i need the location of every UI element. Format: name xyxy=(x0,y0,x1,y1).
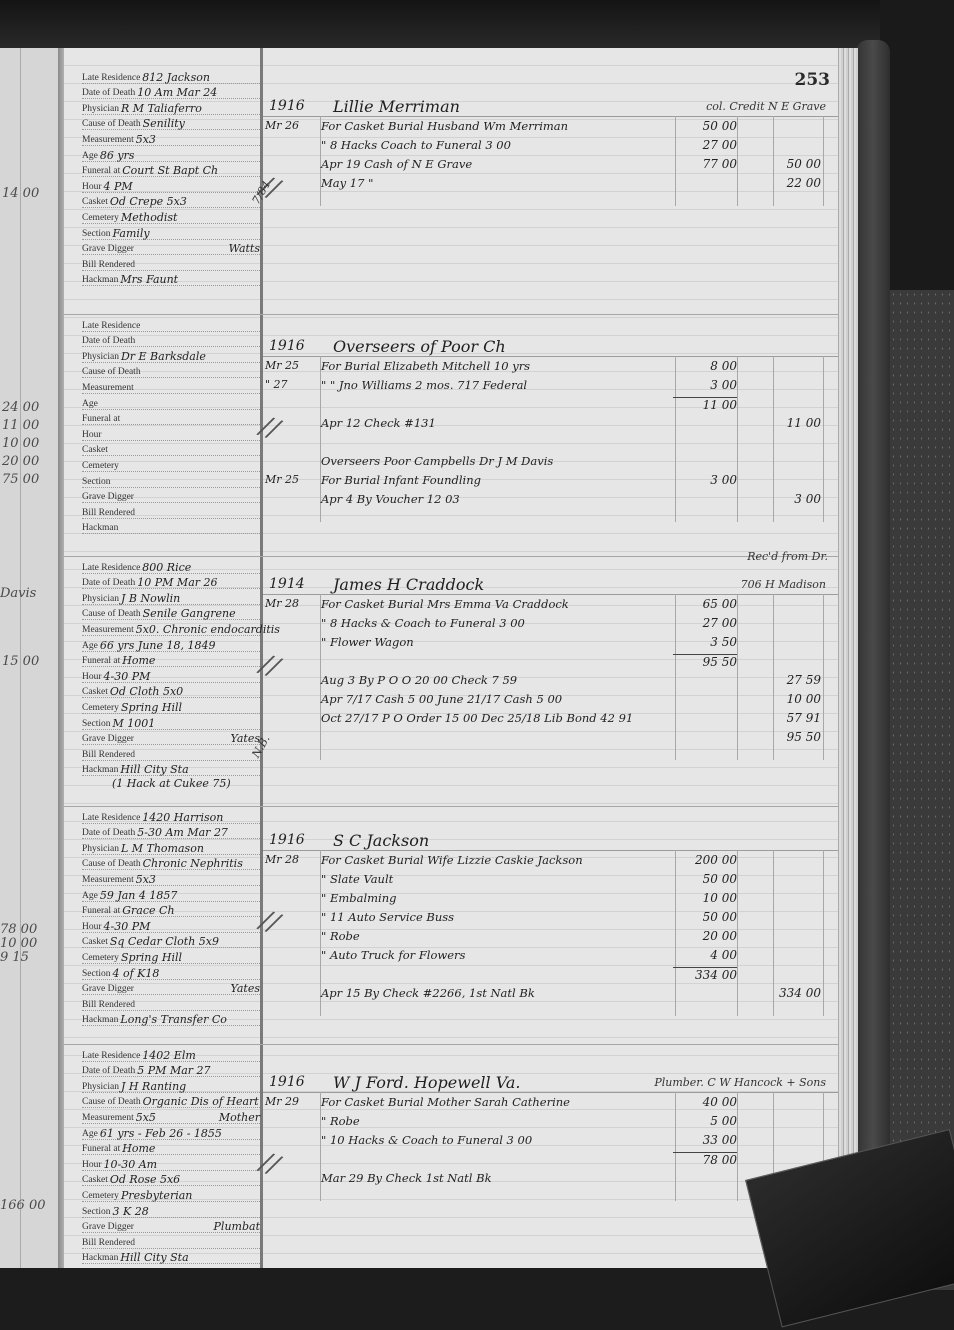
info-value: Senile Gangrene xyxy=(143,607,236,620)
info-label: Hackman xyxy=(82,275,118,285)
info-value: 86 yrs xyxy=(100,149,135,162)
info-value: 3 K 28 xyxy=(113,1205,149,1218)
line-credit: 95 50 xyxy=(741,730,821,744)
info-label: Cause of Death xyxy=(82,609,141,619)
decedent-info-block: Late Residence1420 HarrisonDate of Death… xyxy=(82,808,260,1026)
info-row-bill-rendered: Bill Rendered xyxy=(82,995,260,1011)
info-label: Casket xyxy=(82,687,108,697)
info-value: 4-30 PM xyxy=(104,920,151,933)
ledger-line: " 8 Hacks Coach to Funeral 3 0027 00 xyxy=(263,136,838,155)
header-note-secondary: Rec'd from Dr. xyxy=(747,550,828,563)
info-value: Presbyterian xyxy=(121,1189,192,1202)
info-label: Late Residence xyxy=(82,813,140,823)
line-desc: Mar 29 By Check 1st Natl Bk xyxy=(321,1171,492,1185)
line-credit: 22 00 xyxy=(741,176,821,190)
ledger-line: Oct 27/17 P O Order 15 00 Dec 25/18 Lib … xyxy=(263,709,838,728)
info-value: 10-30 Am xyxy=(104,1158,158,1171)
ledger-line: " 10 Hacks & Coach to Funeral 3 0033 00 xyxy=(263,1131,838,1150)
line-debit: 95 50 xyxy=(673,654,737,669)
info-label: Cause of Death xyxy=(82,367,141,377)
info-row-late-residence: Late Residence1420 Harrison xyxy=(82,808,260,824)
info-value: 4-30 PM xyxy=(104,670,151,683)
line-date: Mr 28 xyxy=(265,853,319,866)
info-row-bill-rendered: Bill Rendered xyxy=(82,1233,260,1249)
line-desc: Apr 7/17 Cash 5 00 June 21/17 Cash 5 00 xyxy=(321,692,562,706)
decedent-info-block: Late ResidenceDate of DeathPhysicianDr E… xyxy=(82,316,260,534)
ledger-line: 95 50 xyxy=(263,728,838,747)
info-value: Hill City Sta xyxy=(120,763,188,776)
info-label: Section xyxy=(82,1207,111,1217)
line-debit: 3 50 xyxy=(673,635,737,649)
info-row-hackman: HackmanHill City Sta xyxy=(82,1249,260,1265)
info-row-section: Section xyxy=(82,472,260,488)
ledger-entry: 1916Overseers of Poor ChMr 25For Burial … xyxy=(263,330,838,509)
account-name: Overseers of Poor Ch xyxy=(333,337,506,356)
info-value: Long's Transfer Co xyxy=(120,1013,226,1026)
line-debit: 3 00 xyxy=(673,378,737,392)
line-desc: For Casket Burial Mrs Emma Va Craddock xyxy=(321,597,569,611)
info-row-hour: Hour4-30 PM xyxy=(82,667,260,683)
info-row-funeral-at: Funeral atCourt St Bapt Ch xyxy=(82,162,260,178)
info-value: 1402 Elm xyxy=(142,1049,195,1062)
info-row-hour: Hour10-30 Am xyxy=(82,1155,260,1171)
margin-amount: Davis xyxy=(0,586,36,601)
info-label: Hackman xyxy=(82,1015,118,1025)
info-row-age: Age86 yrs xyxy=(82,146,260,162)
ledger-line: Overseers Poor Campbells Dr J M Davis xyxy=(263,452,838,471)
line-debit: 65 00 xyxy=(673,597,737,611)
info-label: Funeral at xyxy=(82,166,120,176)
info-row-date-of-death: Date of Death5-30 Am Mar 27 xyxy=(82,824,260,840)
info-value: Chronic Nephritis xyxy=(143,857,243,870)
info-value: 59 Jan 4 1857 xyxy=(100,889,178,902)
line-desc: Oct 27/17 P O Order 15 00 Dec 25/18 Lib … xyxy=(321,711,633,725)
info-row-physician: PhysicianR M Taliaferro xyxy=(82,99,260,115)
line-debit: 50 00 xyxy=(673,119,737,133)
info-label: Bill Rendered xyxy=(82,508,135,518)
info-label: Funeral at xyxy=(82,1144,120,1154)
info-row-date-of-death: Date of Death xyxy=(82,332,260,348)
ledger-line: " Robe20 00 xyxy=(263,927,838,946)
decedent-info-block: Late Residence800 RiceDate of Death10 PM… xyxy=(82,558,260,789)
decedent-info-block: Late Residence812 JacksonDate of Death10… xyxy=(82,68,260,286)
line-desc: Apr 15 By Check #2266, 1st Natl Bk xyxy=(321,986,535,1000)
info-label: Late Residence xyxy=(82,73,140,83)
line-desc: " 8 Hacks Coach to Funeral 3 00 xyxy=(321,138,511,152)
info-value: Home xyxy=(122,654,155,667)
info-value: Organic Dis of Heart xyxy=(143,1095,259,1108)
info-row-cemetery: CemeteryPresbyterian xyxy=(82,1186,260,1202)
info-label: Hour xyxy=(82,672,102,682)
info-label: Hackman xyxy=(82,523,118,533)
info-label: Age xyxy=(82,1129,98,1139)
line-debit: 27 00 xyxy=(673,616,737,630)
line-desc: " 11 Auto Service Buss xyxy=(321,910,454,924)
info-value: Od Rose 5x6 xyxy=(110,1173,180,1186)
info-value: Court St Bapt Ch xyxy=(122,164,218,177)
line-desc: " Flower Wagon xyxy=(321,635,414,649)
info-row-physician: PhysicianJ H Ranting xyxy=(82,1077,260,1093)
ledger-line: Aug 3 By P O O 20 00 Check 7 5927 59 xyxy=(263,671,838,690)
info-value: 5x3 xyxy=(136,133,156,146)
info-row-hour: Hour4 PM xyxy=(82,177,260,193)
info-row-funeral-at: Funeral atHome xyxy=(82,652,260,668)
info-label: Date of Death xyxy=(82,828,135,838)
info-value: Mrs Faunt xyxy=(120,273,178,286)
line-date: Mr 25 xyxy=(265,473,319,486)
info-value: 5x5 xyxy=(136,1111,156,1124)
line-credit: 10 00 xyxy=(741,692,821,706)
info-label: Section xyxy=(82,477,111,487)
section-separator xyxy=(64,1044,838,1045)
info-value: 5 PM Mar 27 xyxy=(137,1064,210,1077)
line-debit: 4 00 xyxy=(673,948,737,962)
ledger-entry: 1916W J Ford. Hopewell Va.Plumber. C W H… xyxy=(263,1066,838,1188)
info-label: Physician xyxy=(82,104,119,114)
info-value: Grace Ch xyxy=(122,904,174,917)
facing-page-edge: 14 00 24 00 11 00 10 00 20 00 75 00 Davi… xyxy=(0,48,62,1268)
info-label: Physician xyxy=(82,844,119,854)
ledger-line: " Flower Wagon3 50 xyxy=(263,633,838,652)
info-row-bill-rendered: Bill Rendered xyxy=(82,503,260,519)
line-debit: 78 00 xyxy=(673,1152,737,1167)
line-debit: 10 00 xyxy=(673,891,737,905)
info-row-casket: CasketOd Crepe 5x3 xyxy=(82,193,260,209)
info-row-casket: Casket xyxy=(82,441,260,457)
ledger-line: Mr 25For Burial Elizabeth Mitchell 10 yr… xyxy=(263,357,838,376)
line-debit: 3 00 xyxy=(673,473,737,487)
info-row-funeral-at: Funeral at xyxy=(82,410,260,426)
line-desc: For Burial Infant Foundling xyxy=(321,473,481,487)
line-credit: 27 59 xyxy=(741,673,821,687)
info-row-measurement: Measurement5x5Mother xyxy=(82,1108,260,1124)
info-label: Grave Digger xyxy=(82,734,134,744)
info-row-grave-digger: Grave Digger xyxy=(82,488,260,504)
ledger-line: Apr 4 By Voucher 12 033 00 xyxy=(263,490,838,509)
entry-year: 1916 xyxy=(269,338,305,354)
info-row-grave-digger: Grave DiggerPlumbat xyxy=(82,1218,260,1234)
ledger-line: " 8 Hacks & Coach to Funeral 3 0027 00 xyxy=(263,614,838,633)
decedent-info-block: Late Residence1402 ElmDate of Death5 PM … xyxy=(82,1046,260,1264)
info-label: Section xyxy=(82,229,111,239)
line-desc: " " Jno Williams 2 mos. 717 Federal xyxy=(321,378,527,392)
info-label: Physician xyxy=(82,594,119,604)
header-note: Plumber. C W Hancock + Sons xyxy=(654,1076,826,1089)
info-label: Casket xyxy=(82,445,108,455)
info-row-bill-rendered: Bill Rendered xyxy=(82,255,260,271)
info-label: Late Residence xyxy=(82,321,140,331)
info-row-section: SectionM 1001 xyxy=(82,714,260,730)
info-row-hackman: HackmanMrs Faunt xyxy=(82,271,260,287)
info-label: Age xyxy=(82,151,98,161)
info-label: Casket xyxy=(82,197,108,207)
info-row-late-residence: Late Residence1402 Elm xyxy=(82,1046,260,1062)
info-label: Hackman xyxy=(82,765,118,775)
info-label: Cause of Death xyxy=(82,859,141,869)
entry-year: 1916 xyxy=(269,1074,305,1090)
margin-amount: 15 00 xyxy=(2,654,39,669)
line-credit: 57 91 xyxy=(741,711,821,725)
ledger-line: Mr 26For Casket Burial Husband Wm Merrim… xyxy=(263,117,838,136)
info-label: Age xyxy=(82,891,98,901)
info-row-measurement: Measurement5x0. Chronic endocarditis xyxy=(82,620,260,636)
line-desc: Aug 3 By P O O 20 00 Check 7 59 xyxy=(321,673,517,687)
info-row-measurement: Measurement xyxy=(82,378,260,394)
info-label: Date of Death xyxy=(82,88,135,98)
info-label: Bill Rendered xyxy=(82,260,135,270)
info-row-age: Age xyxy=(82,394,260,410)
entry-lines: Mr 29For Casket Burial Mother Sarah Cath… xyxy=(263,1093,838,1188)
info-value: 5x3 xyxy=(136,873,156,886)
info-label: Late Residence xyxy=(82,1051,140,1061)
info-row-date-of-death: Date of Death10 PM Mar 26 xyxy=(82,574,260,590)
info-value: 1420 Harrison xyxy=(142,811,223,824)
info-value: Hill City Sta xyxy=(120,1251,188,1264)
line-date: Mr 26 xyxy=(265,119,319,132)
info-label: Cemetery xyxy=(82,703,119,713)
entry-header: 1914James H Craddock706 H MadisonRec'd f… xyxy=(263,568,838,595)
info-value: 10 Am Mar 24 xyxy=(137,86,217,99)
info-label: Bill Rendered xyxy=(82,1238,135,1248)
info-value: 4 of K18 xyxy=(113,967,160,980)
info-row-hackman: HackmanLong's Transfer Co xyxy=(82,1011,260,1027)
info-row-section: Section4 of K18 xyxy=(82,964,260,980)
info-row-date-of-death: Date of Death10 Am Mar 24 xyxy=(82,84,260,100)
margin-amount: 75 00 xyxy=(2,472,39,487)
info-row-late-residence: Late Residence812 Jackson xyxy=(82,68,260,84)
entry-lines: Mr 25For Burial Elizabeth Mitchell 10 yr… xyxy=(263,357,838,509)
info-label: Date of Death xyxy=(82,1066,135,1076)
info-row-cause-of-death: Cause of Death xyxy=(82,363,260,379)
ledger-entry: 1916Lillie Merrimancol. Credit N E Grave… xyxy=(263,90,838,193)
ledger-line: " Robe5 00 xyxy=(263,1112,838,1131)
info-label: Measurement xyxy=(82,875,134,885)
line-debit: 77 00 xyxy=(673,157,737,171)
line-desc: Apr 4 By Voucher 12 03 xyxy=(321,492,460,506)
line-desc: For Casket Burial Wife Lizzie Caskie Jac… xyxy=(321,853,583,867)
line-debit: 5 00 xyxy=(673,1114,737,1128)
info-row-hackman: HackmanHill City Sta xyxy=(82,761,260,777)
line-desc: Overseers Poor Campbells Dr J M Davis xyxy=(321,454,553,468)
info-value: Od Cloth 5x0 xyxy=(110,685,183,698)
info-value: L M Thomason xyxy=(121,842,204,855)
info-row-grave-digger: Grave DiggerWatts xyxy=(82,240,260,256)
ledger-line: 11 00 xyxy=(263,395,838,414)
info-row-measurement: Measurement5x3 xyxy=(82,870,260,886)
line-desc: " Auto Truck for Flowers xyxy=(321,948,465,962)
ledger-line: Apr 12 Check #13111 00 xyxy=(263,414,838,433)
ledger-line xyxy=(263,433,838,452)
ledger-line: 78 00 xyxy=(263,1150,838,1169)
line-debit: 200 00 xyxy=(673,853,737,867)
line-date: Mr 28 xyxy=(265,597,319,610)
info-value: Family xyxy=(113,227,150,240)
info-label: Section xyxy=(82,719,111,729)
info-row-funeral-at: Funeral atGrace Ch xyxy=(82,902,260,918)
background-dark xyxy=(880,0,954,290)
info-value: Spring Hill xyxy=(121,951,182,964)
info-row-cause-of-death: Cause of DeathChronic Nephritis xyxy=(82,855,260,871)
info-value: M 1001 xyxy=(113,717,156,730)
info-value: Plumbat xyxy=(214,1220,260,1233)
line-credit: 50 00 xyxy=(741,157,821,171)
entry-header: 1916Overseers of Poor Ch xyxy=(263,330,838,357)
margin-amount: 10 00 xyxy=(2,436,39,451)
info-value: Senility xyxy=(143,117,185,130)
info-label: Hour xyxy=(82,1160,102,1170)
line-desc: Apr 19 Cash of N E Grave xyxy=(321,157,472,171)
line-debit: 40 00 xyxy=(673,1095,737,1109)
ledger-line: Apr 7/17 Cash 5 00 June 21/17 Cash 5 001… xyxy=(263,690,838,709)
info-label: Casket xyxy=(82,937,108,947)
info-label: Bill Rendered xyxy=(82,1000,135,1010)
ledger-page: 253 Late Residence812 JacksonDate of Dea… xyxy=(64,48,838,1268)
ledger-line: Mr 28For Casket Burial Mrs Emma Va Cradd… xyxy=(263,595,838,614)
info-label: Grave Digger xyxy=(82,492,134,502)
info-value: Methodist xyxy=(121,211,178,224)
info-row-casket: CasketOd Cloth 5x0 xyxy=(82,683,260,699)
info-extra-note: (1 Hack at Cukee 75) xyxy=(84,777,260,790)
margin-amount: 9 15 xyxy=(0,950,29,965)
section-separator xyxy=(64,556,838,557)
info-value: Od Crepe 5x3 xyxy=(110,195,187,208)
info-label: Measurement xyxy=(82,383,134,393)
info-row-grave-digger: Grave DiggerYates xyxy=(82,730,260,746)
line-debit: 50 00 xyxy=(673,872,737,886)
info-label: Hackman xyxy=(82,1253,118,1263)
info-label: Casket xyxy=(82,1175,108,1185)
info-label: Date of Death xyxy=(82,336,135,346)
entry-lines: Mr 28For Casket Burial Mrs Emma Va Cradd… xyxy=(263,595,838,747)
info-label: Hour xyxy=(82,182,102,192)
info-row-section: Section3 K 28 xyxy=(82,1202,260,1218)
entry-year: 1914 xyxy=(269,576,305,592)
info-value: 66 yrs June 18, 1849 xyxy=(100,639,216,652)
line-desc: " Embalming xyxy=(321,891,397,905)
entry-year: 1916 xyxy=(269,832,305,848)
margin-amount: 10 00 xyxy=(0,936,37,951)
line-debit: 20 00 xyxy=(673,929,737,943)
info-row-date-of-death: Date of Death5 PM Mar 27 xyxy=(82,1062,260,1078)
line-desc: " 10 Hacks & Coach to Funeral 3 00 xyxy=(321,1133,532,1147)
line-date: Mr 25 xyxy=(265,359,319,372)
info-label: Grave Digger xyxy=(82,1222,134,1232)
info-label: Bill Rendered xyxy=(82,750,135,760)
info-label: Cemetery xyxy=(82,461,119,471)
line-desc: For Burial Elizabeth Mitchell 10 yrs xyxy=(321,359,530,373)
info-label: Cause of Death xyxy=(82,1097,141,1107)
info-row-casket: CasketSq Cedar Cloth 5x9 xyxy=(82,933,260,949)
info-label: Physician xyxy=(82,352,119,362)
account-name: James H Craddock xyxy=(333,575,484,594)
info-label: Late Residence xyxy=(82,563,140,573)
info-row-age: Age59 Jan 4 1857 xyxy=(82,886,260,902)
info-value: 812 Jackson xyxy=(142,71,210,84)
info-value: Home xyxy=(122,1142,155,1155)
page-number: 253 xyxy=(795,70,831,90)
account-name: Lillie Merriman xyxy=(333,97,460,116)
info-label: Cemetery xyxy=(82,213,119,223)
info-value: Dr E Barksdale xyxy=(121,350,206,363)
info-row-physician: PhysicianJ B Nowlin xyxy=(82,589,260,605)
ledger-entry: 1916S C JacksonMr 28For Casket Burial Wi… xyxy=(263,824,838,1003)
info-value: R M Taliaferro xyxy=(121,102,202,115)
info-label: Funeral at xyxy=(82,414,120,424)
info-value: Sq Cedar Cloth 5x9 xyxy=(110,935,219,948)
page-edges xyxy=(836,48,858,1273)
info-label: Hour xyxy=(82,430,102,440)
info-row-cause-of-death: Cause of DeathSenile Gangrene xyxy=(82,605,260,621)
info-row-grave-digger: Grave DiggerYates xyxy=(82,980,260,996)
info-row-physician: PhysicianL M Thomason xyxy=(82,839,260,855)
info-row-measurement: Measurement5x3 xyxy=(82,130,260,146)
info-value: J H Ranting xyxy=(121,1080,186,1093)
section-separator xyxy=(64,806,838,807)
info-label: Physician xyxy=(82,1082,119,1092)
info-label: Cause of Death xyxy=(82,119,141,129)
info-row-hour: Hour4-30 PM xyxy=(82,917,260,933)
book-cover-edge xyxy=(856,40,890,1270)
info-value: 5-30 Am Mar 27 xyxy=(137,826,228,839)
ledger-line: 334 00 xyxy=(263,965,838,984)
ledger-line: Mr 25For Burial Infant Foundling3 00 xyxy=(263,471,838,490)
margin-amount: 11 00 xyxy=(2,418,39,433)
info-row-bill-rendered: Bill Rendered xyxy=(82,745,260,761)
info-label: Hour xyxy=(82,922,102,932)
info-row-cemetery: CemeterySpring Hill xyxy=(82,948,260,964)
account-name: S C Jackson xyxy=(333,831,429,850)
account-name: W J Ford. Hopewell Va. xyxy=(333,1073,520,1092)
info-row-late-residence: Late Residence800 Rice xyxy=(82,558,260,574)
info-row-casket: CasketOd Rose 5x6 xyxy=(82,1171,260,1187)
header-note: 706 H Madison xyxy=(741,578,826,591)
line-desc: " Slate Vault xyxy=(321,872,393,886)
info-row-cemetery: CemeterySpring Hill xyxy=(82,698,260,714)
info-row-cause-of-death: Cause of DeathSenility xyxy=(82,115,260,131)
entry-header: 1916S C Jackson xyxy=(263,824,838,851)
info-value-note: Mother xyxy=(219,1111,260,1124)
ledger-line: May 17 "22 00 xyxy=(263,174,838,193)
line-debit: 334 00 xyxy=(673,967,737,982)
ledger-line: 95 50 xyxy=(263,652,838,671)
line-credit: 3 00 xyxy=(741,492,821,506)
line-desc: " 8 Hacks & Coach to Funeral 3 00 xyxy=(321,616,525,630)
entry-header: 1916W J Ford. Hopewell Va.Plumber. C W H… xyxy=(263,1066,838,1093)
entry-lines: Mr 26For Casket Burial Husband Wm Merrim… xyxy=(263,117,838,193)
info-row-cause-of-death: Cause of DeathOrganic Dis of Heart xyxy=(82,1093,260,1109)
margin-amount: 78 00 xyxy=(0,922,37,937)
entry-lines: Mr 28For Casket Burial Wife Lizzie Caski… xyxy=(263,851,838,1003)
info-value: 5x0. Chronic endocarditis xyxy=(136,623,280,636)
line-desc: For Casket Burial Husband Wm Merriman xyxy=(321,119,568,133)
ledger-line: Apr 19 Cash of N E Grave77 0050 00 xyxy=(263,155,838,174)
info-row-hour: Hour xyxy=(82,425,260,441)
info-row-age: Age66 yrs June 18, 1849 xyxy=(82,636,260,652)
info-label: Age xyxy=(82,641,98,651)
line-desc: Apr 12 Check #131 xyxy=(321,416,436,430)
info-label: Grave Digger xyxy=(82,244,134,254)
line-debit: 50 00 xyxy=(673,910,737,924)
info-row-funeral-at: Funeral atHome xyxy=(82,1140,260,1156)
info-row-age: Age61 yrs - Feb 26 - 1855 xyxy=(82,1124,260,1140)
ledger-line: " 11 Auto Service Buss50 00 xyxy=(263,908,838,927)
line-debit: 8 00 xyxy=(673,359,737,373)
info-value: 4 PM xyxy=(104,180,133,193)
info-value: 800 Rice xyxy=(142,561,191,574)
margin-amount: 14 00 xyxy=(2,186,39,201)
info-label: Measurement xyxy=(82,1113,134,1123)
info-label: Grave Digger xyxy=(82,984,134,994)
